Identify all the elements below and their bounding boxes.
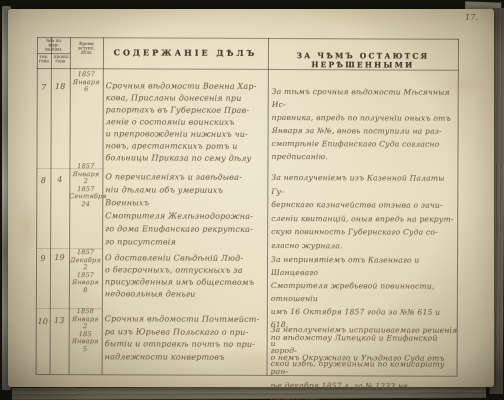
header-case-contents: СОДЕРЖАНІЕ ДѢЛЪ (103, 47, 268, 58)
header-why-unresolved: ЗА ЧѢМЪ ОСТАЮТСЯ НЕРѢШЕННЫМИ (268, 51, 458, 70)
header-current-year: тек. года (39, 55, 49, 64)
row-case-content: Срочныя вѣдомости Почтмейст- ра изъ Юрье… (105, 313, 265, 364)
row-journal-number: 13 (50, 316, 69, 325)
row-order-number: 10 (36, 317, 50, 326)
row-order-number: 8 (36, 176, 50, 185)
row-date: 1857 Января 6 (70, 71, 103, 94)
row-resolution-note: За тѣмъ срочныя вѣдомости Мѣсячныя Ис- п… (271, 85, 459, 164)
row-case-content: О перечисленіяхъ и завѣдыва- ніи дѣлами … (105, 170, 265, 249)
row-order-number: 7 (37, 83, 51, 92)
row-case-content: Срочныя вѣдомости Военна Хар- кова, Прис… (105, 80, 265, 165)
header-previous-year: прошл. года (54, 55, 68, 64)
row-journal-number: 19 (50, 253, 69, 262)
row-journal-number: 18 (51, 82, 70, 91)
header-date-received: Время вступл. дѣлъ (75, 42, 99, 55)
header-journal-numbers: №№ по жур- наламъ (42, 39, 66, 52)
table-rule-vertical (267, 38, 269, 375)
row-resolution-note: За неполученіемъ испрашиваемаго решенія … (270, 323, 458, 400)
row-date: 1857 Января 2 1857 Сентября 24 (69, 163, 102, 208)
table-rule-top (37, 37, 459, 40)
row-case-content: О доставленіи Свѣдѣній Люд- о безсрочных… (105, 252, 265, 301)
register-table: №№ по жур- наламъ тек. года прошл. года … (6, 9, 494, 389)
row-date: 1858 Января 2 185 Января 5 (69, 308, 102, 353)
ledger-page: 17. №№ по жур- наламъ тек. года прошл. г… (8, 9, 494, 387)
row-date: 1857 Декабря 2 1857 Января 8 (69, 249, 102, 294)
row-order-number: 9 (36, 254, 50, 263)
ledger-photo: 17. №№ по жур- наламъ тек. года прошл. г… (0, 0, 504, 400)
row-journal-number: 4 (50, 175, 69, 184)
row-resolution-note: За неполученіемъ изъ Казенной Палаты Гу-… (271, 171, 459, 253)
